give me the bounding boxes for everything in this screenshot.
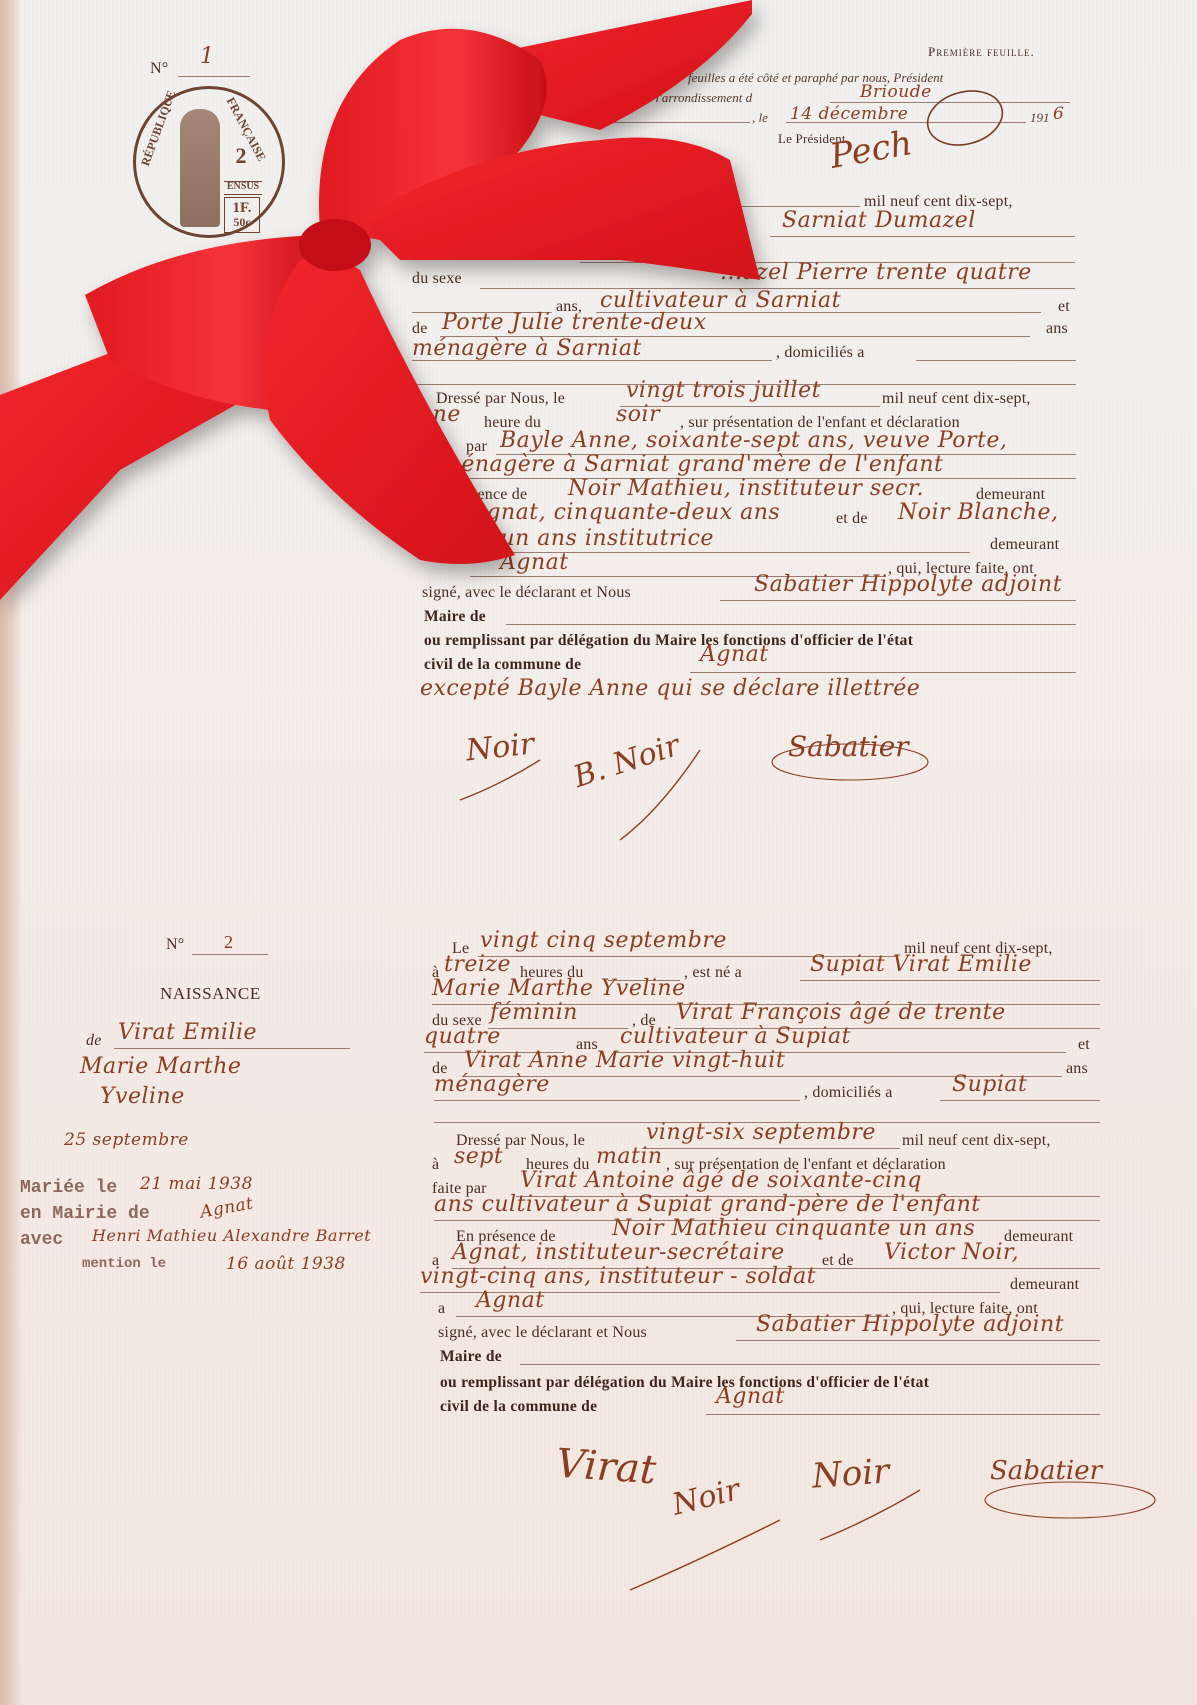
act1-line1-hand: ...illet bbox=[640, 178, 708, 203]
act2-commune-label: civil de la commune de bbox=[440, 1398, 597, 1416]
act1-number-label: N° bbox=[150, 60, 168, 78]
act1-et-de-label: et de bbox=[836, 510, 868, 528]
stamp-left-text: RÉPUBLIQUE bbox=[138, 88, 179, 168]
act2-mother-ans-label: ans bbox=[1066, 1060, 1088, 1078]
act1-witness2: Noir Blanche, bbox=[898, 500, 1059, 525]
rule bbox=[706, 1414, 1100, 1415]
marriage-note-typed-3: avec bbox=[20, 1230, 63, 1250]
act2-agnat: Agnat bbox=[476, 1288, 545, 1313]
act2-et-label: et bbox=[1078, 1036, 1090, 1054]
act2-father-age: quatre bbox=[424, 1024, 501, 1049]
act1-dresse-year: mil neuf cent dix-sept, bbox=[882, 390, 1031, 408]
act1-witness1-detail: Agnat, cinquante-deux ans bbox=[470, 500, 780, 525]
act2-dresse-date: vingt-six septembre bbox=[646, 1120, 876, 1145]
act1-signe-label: signé, avec le déclarant et Nous bbox=[422, 584, 631, 602]
marriage-note-mention-date: 16 août 1938 bbox=[226, 1254, 346, 1274]
rule bbox=[192, 954, 268, 955]
act2-margin-name2: Marie Marthe bbox=[80, 1054, 241, 1079]
date-prefix: , le bbox=[752, 110, 768, 126]
act2-declarant: Virat Antoine âgé de soixante-cinq bbox=[520, 1168, 922, 1193]
act1-maire-label: Maire de bbox=[424, 608, 486, 626]
act2-mother-occupation: ménagère bbox=[434, 1072, 550, 1097]
certification-line2: de l'arrondissement d bbox=[640, 90, 752, 106]
act2-officer: Sabatier Hippolyte adjoint bbox=[756, 1312, 1064, 1337]
act2-margin-name3: Yveline bbox=[100, 1084, 185, 1109]
act2-demeurant-label2: demeurant bbox=[1010, 1276, 1079, 1294]
rule bbox=[114, 1048, 350, 1049]
certification-date: 14 décembre bbox=[790, 104, 908, 124]
act2-signature-flourishes bbox=[620, 1480, 1180, 1600]
act1-officer: Sabatier Hippolyte adjoint bbox=[754, 572, 1062, 597]
act1-note: excepté Bayle Anne qui se déclare illett… bbox=[420, 676, 920, 701]
fiscal-stamp: RÉPUBLIQUE FRANÇAISE 2 ENSUS 1F. 50c bbox=[133, 86, 285, 238]
act2-witness2: Victor Noir, bbox=[884, 1240, 1019, 1265]
rule bbox=[642, 1148, 900, 1149]
stamp-value-digit: 2 bbox=[236, 143, 247, 168]
marriage-note-typed-4: mention le bbox=[82, 1256, 166, 1272]
rule bbox=[736, 1340, 1100, 1341]
stamp-value-top: 2 bbox=[222, 145, 260, 185]
stamp-justice-figure bbox=[180, 109, 220, 227]
marriage-note-typed-2: en Mairie de bbox=[20, 1204, 150, 1224]
rule bbox=[720, 600, 1076, 601]
rule bbox=[488, 1028, 628, 1029]
rule bbox=[800, 980, 1100, 981]
act2-delegation: ou remplissant par délégation du Maire l… bbox=[440, 1374, 929, 1392]
act1-mother-occupation: ménagère à Sarniat bbox=[412, 336, 642, 361]
act1-commune: Agnat bbox=[700, 642, 769, 667]
act2-maire-label: Maire de bbox=[440, 1348, 502, 1366]
act2-witness1-detail: Agnat, instituteur-secrétaire bbox=[452, 1240, 785, 1265]
act2-margin-name1: Virat Emilie bbox=[118, 1020, 257, 1045]
rule bbox=[770, 236, 1075, 237]
act2-father-occupation: cultivateur à Supiat bbox=[620, 1024, 851, 1049]
rule bbox=[610, 122, 750, 123]
act1-period: soir bbox=[616, 402, 660, 427]
act2-mother: Virat Anne Marie vingt-huit bbox=[464, 1048, 785, 1073]
marriage-note-place: Agnat bbox=[199, 1194, 255, 1223]
act2-witness1: Noir Mathieu cinquante un ans bbox=[612, 1216, 975, 1241]
act2-type-label: NAISSANCE bbox=[160, 984, 261, 1004]
act1-demeurant-label2: demeurant bbox=[990, 536, 1059, 554]
act1-declarant-2: ménagère à Sarniat grand'mère de l'enfan… bbox=[440, 452, 943, 477]
act1-birthplace: Sarniat Dumazel bbox=[782, 208, 976, 233]
act2-margin-date: 25 septembre bbox=[64, 1130, 189, 1150]
marriage-note-spouse: Henri Mathieu Alexandre Barret bbox=[92, 1226, 371, 1245]
act1-witness2-detail: ...-un ans institutrice bbox=[470, 526, 714, 551]
act1-witness1: Noir Mathieu, instituteur secr. bbox=[568, 476, 924, 501]
document-page: Première feuille. feuilles a été côté et… bbox=[0, 0, 1197, 1705]
rule bbox=[506, 624, 1076, 625]
act2-father: Virat François âgé de trente bbox=[676, 1000, 1006, 1025]
act2-birthplace-name: Supiat Virat Emilie bbox=[810, 952, 1032, 977]
act1-declarant: Bayle Anne, soixante-sept ans, veuve Por… bbox=[500, 428, 1007, 453]
act2-child-names: Marie Marthe Yveline bbox=[432, 976, 686, 1001]
rule bbox=[434, 1100, 800, 1101]
act1-line2-print: ...t né a bbox=[676, 220, 724, 238]
rule bbox=[520, 1364, 1100, 1365]
act2-dresse-year: mil neuf cent dix-sept, bbox=[902, 1132, 1051, 1150]
act1-et-label: et bbox=[1058, 298, 1070, 316]
year-printed: 191 bbox=[1030, 110, 1050, 126]
act1-number: 1 bbox=[200, 44, 215, 69]
sheet-label: Première feuille. bbox=[928, 44, 1035, 60]
act1-ans-label2: ans bbox=[1046, 320, 1068, 338]
act1-agnat: Agnat bbox=[500, 550, 569, 575]
page-edge bbox=[0, 0, 22, 1705]
act2-signe-label: signé, avec le déclarant et Nous bbox=[438, 1324, 647, 1342]
rule bbox=[916, 360, 1076, 361]
stamp-franc-value: 1F. 50c bbox=[224, 197, 260, 233]
act2-declarant-2: ans cultivateur à Supiat grand-père de l… bbox=[434, 1192, 981, 1217]
marriage-note-typed-1: Mariée le bbox=[20, 1178, 117, 1198]
stamp-ensus: ENSUS bbox=[224, 181, 262, 195]
rule bbox=[690, 672, 1076, 673]
act1-signature-flourishes bbox=[440, 740, 1000, 850]
act2-birth-date: vingt cinq septembre bbox=[480, 928, 727, 953]
act2-witness2-detail: vingt-cinq ans, instituteur - soldat bbox=[420, 1264, 816, 1289]
president-paraph bbox=[920, 86, 1010, 156]
act2-domicilies-label: , domiciliés a bbox=[804, 1084, 893, 1102]
act2-period: matin bbox=[596, 1144, 663, 1169]
act2-margin-de: de bbox=[86, 1032, 102, 1050]
rule bbox=[412, 360, 772, 361]
marriage-note-date: 21 mai 1938 bbox=[140, 1174, 253, 1194]
act2-number: 2 bbox=[224, 932, 233, 953]
act1-mother: Porte Julie trente-deux bbox=[442, 310, 707, 335]
act2-sexe: féminin bbox=[490, 1000, 578, 1025]
act2-commune: Agnat bbox=[716, 1384, 785, 1409]
act2-declaration-hour: sept bbox=[454, 1144, 503, 1169]
act2-birth-hour: treize bbox=[444, 952, 511, 977]
year-handwritten: 6 bbox=[1053, 104, 1064, 124]
act2-a3-label: a bbox=[438, 1300, 445, 1318]
act2-domicile: Supiat bbox=[952, 1072, 1027, 1097]
rule bbox=[640, 206, 860, 207]
act2-est-ne-label: , est né a bbox=[684, 964, 742, 982]
act1-commune-label: civil de la commune de bbox=[424, 656, 581, 674]
act1-dresse-date: vingt trois juillet bbox=[626, 378, 821, 403]
stamp-cents: 50c bbox=[225, 216, 259, 228]
stamp-franc: 1F. bbox=[225, 201, 259, 216]
act2-a2-label: à bbox=[432, 1156, 439, 1174]
act1-father: ...azel Pierre trente quatre bbox=[720, 260, 1032, 285]
act1-heure: une bbox=[418, 402, 461, 427]
act1-sexe-label: du sexe bbox=[412, 270, 462, 288]
rule bbox=[178, 76, 250, 77]
rule bbox=[940, 1100, 1100, 1101]
act1-delegation: ou remplissant par délégation du Maire l… bbox=[424, 632, 913, 650]
act2-number-label: N° bbox=[166, 936, 184, 954]
act1-domicilies-label: , domiciliés a bbox=[776, 344, 865, 362]
